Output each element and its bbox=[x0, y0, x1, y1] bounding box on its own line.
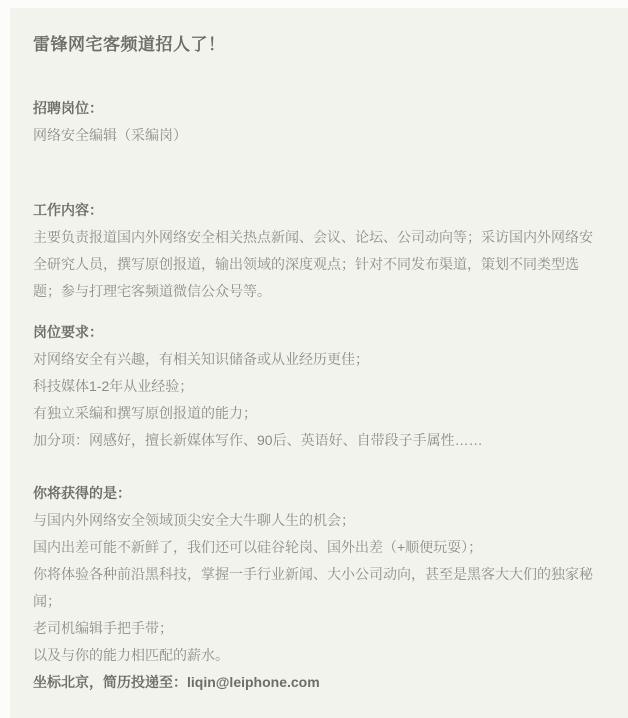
job-position-line: 网络安全编辑（采编岗） bbox=[33, 122, 598, 149]
article-body: 雷锋网宅客频道招人了！ 招聘岗位： 网络安全编辑（采编岗） 工作内容： 主要负责… bbox=[10, 8, 628, 718]
contact-email: liqin@leiphone.com bbox=[187, 674, 320, 690]
section-heading-job-duties: 工作内容： bbox=[33, 197, 598, 224]
requirement-line: 对网络安全有兴趣，有相关知识储备或从业经历更佳； bbox=[33, 346, 598, 373]
section-job-position: 招聘岗位： 网络安全编辑（采编岗） bbox=[33, 95, 598, 149]
section-job-duties: 工作内容： 主要负责报道国内外网络安全相关热点新闻、会议、论坛、公司动向等；采访… bbox=[33, 197, 598, 305]
benefit-line: 老司机编辑手把手带； bbox=[33, 615, 598, 642]
section-job-requirements: 岗位要求： 对网络安全有兴趣，有相关知识储备或从业经历更佳； 科技媒体1-2年从… bbox=[33, 319, 598, 454]
benefit-line: 以及与你的能力相匹配的薪水。 bbox=[33, 642, 598, 669]
article-title: 雷锋网宅客频道招人了！ bbox=[33, 32, 598, 58]
benefit-line: 与国内外网络安全领域顶尖安全大牛聊人生的机会； bbox=[33, 507, 598, 534]
benefit-line: 你将体验各种前沿黑科技，掌握一手行业新闻、大小公司动向，甚至是黑客大大们的独家秘… bbox=[33, 561, 598, 615]
requirement-line: 科技媒体1-2年从业经验； bbox=[33, 373, 598, 400]
section-heading-job-requirements: 岗位要求： bbox=[33, 319, 598, 346]
job-duties-paragraph: 主要负责报道国内外网络安全相关热点新闻、会议、论坛、公司动向等；采访国内外网络安… bbox=[33, 224, 598, 305]
requirement-line: 加分项：网感好，擅长新媒体写作、90后、英语好、自带段子手属性…… bbox=[33, 427, 598, 454]
section-heading-job-position: 招聘岗位： bbox=[33, 95, 598, 122]
benefit-line: 国内出差可能不新鲜了，我们还可以硅谷轮岗、国外出差（+顺便玩耍）； bbox=[33, 534, 598, 561]
section-benefits: 你将获得的是： 与国内外网络安全领域顶尖安全大牛聊人生的机会； 国内出差可能不新… bbox=[33, 480, 598, 669]
contact-line: 坐标北京，简历投递至：liqin@leiphone.com bbox=[33, 669, 598, 696]
contact-label: 坐标北京，简历投递至： bbox=[33, 674, 187, 690]
section-heading-benefits: 你将获得的是： bbox=[33, 480, 598, 507]
requirement-line: 有独立采编和撰写原创报道的能力； bbox=[33, 400, 598, 427]
